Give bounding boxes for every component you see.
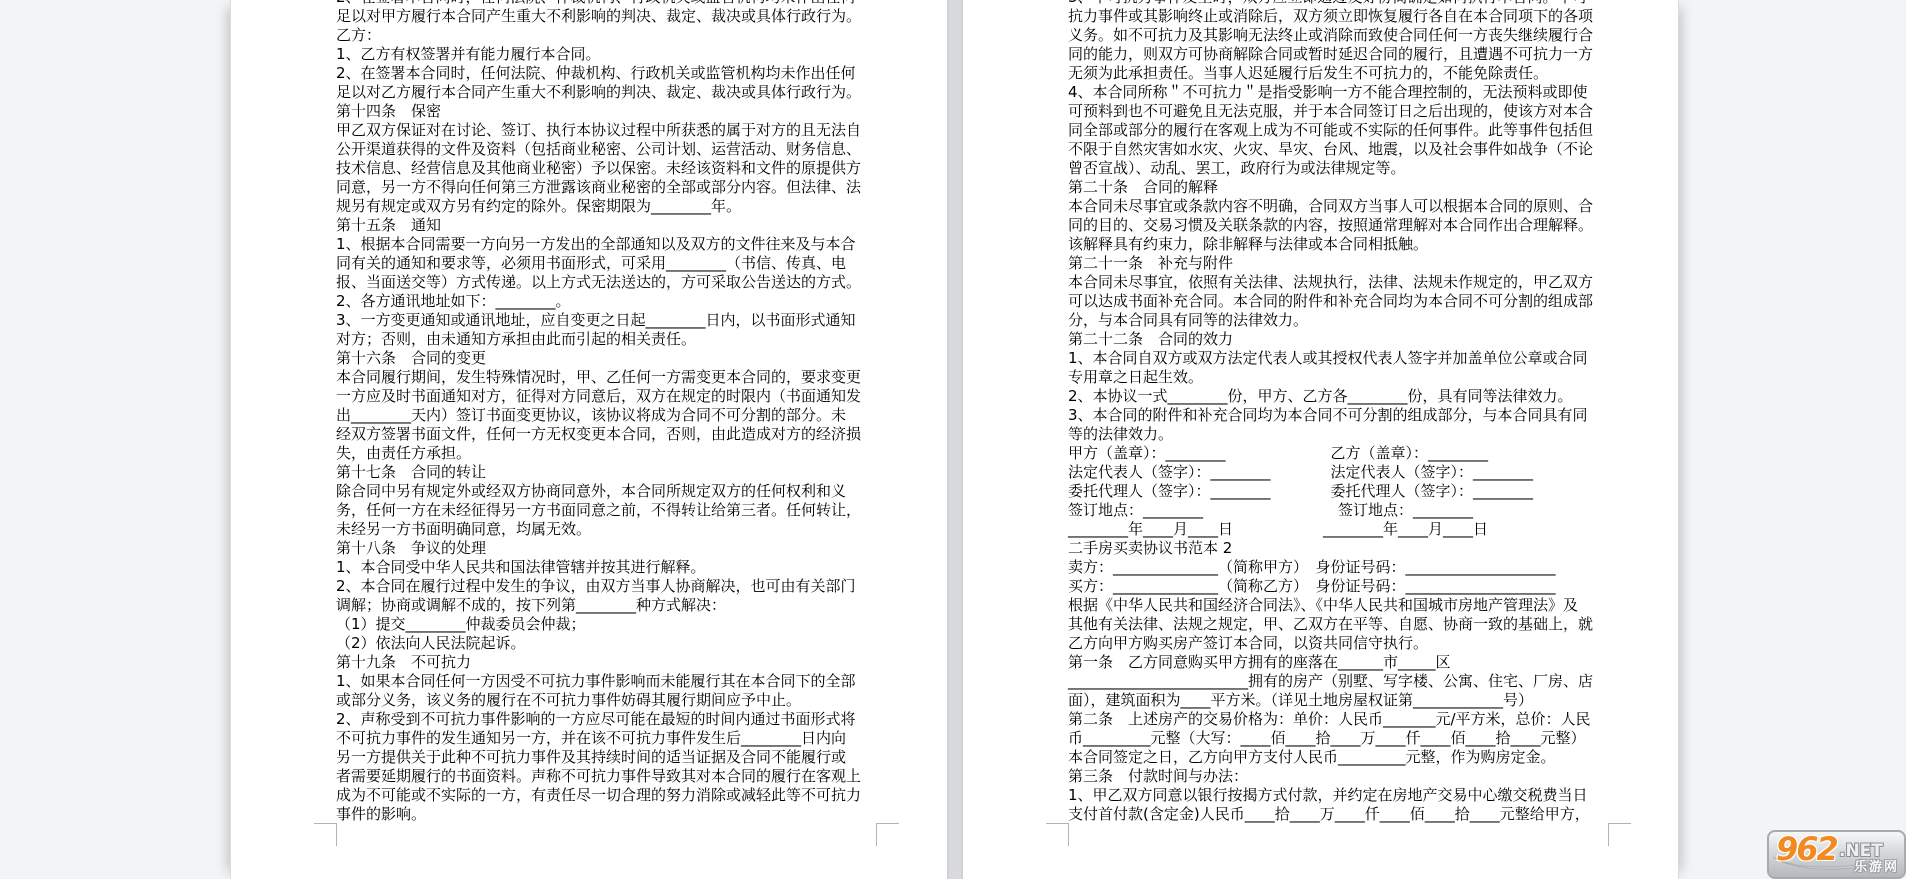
document-line: 1、根据本合同需要一方向另一方发出的全部通知以及双方的文件往来及与本合 xyxy=(336,235,911,254)
document-line: 无须为此承担责任。当事人迟延履行后发生不可抗力的，不能免除责任。 xyxy=(1068,64,1643,83)
document-line: 第十八条 争议的处理 xyxy=(336,539,911,558)
document-line: 同有关的通知和要求等，必须用书面形式，可采用________（书信、传真、电 xyxy=(336,254,911,273)
document-line: 同的目的、交易习惯及关联条款的内容，按照通常理解对本合同作出合理解释。 xyxy=(1068,216,1643,235)
document-line: 乙方向甲方购买房产签订本合同，以资共同信守执行。 xyxy=(1068,634,1643,653)
document-line: 3、不可抗力事件发生时，双方应立即通过友好协商确定如何执行本合同。不可 xyxy=(1068,0,1643,7)
document-line: 2、在签署本合同时，任何法院、仲裁机构、行政机关或监管机构均未作出任何 xyxy=(336,0,911,7)
document-line: 公开渠道获得的文件及资料（包括商业秘密、公司计划、运营活动、财务信息、 xyxy=(336,140,911,159)
document-line: 买方：______________（简称乙方） 身份证号码：__________… xyxy=(1068,577,1643,596)
document-line: 该解释具有约束力，除非解释与法律或本合同相抵触。 xyxy=(1068,235,1643,254)
document-line: 对方；否则，由未通知方承担由此而引起的相关责任。 xyxy=(336,330,911,349)
document-line: 委托代理人（签字）：________ 委托代理人（签字）：________ xyxy=(1068,482,1643,501)
document-line: 第二条 上述房产的交易价格为：单价：人民币_______元/平方米，总价：人民 xyxy=(1068,710,1643,729)
document-line: 第十六条 合同的变更 xyxy=(336,349,911,368)
document-line: 同意，另一方不得向任何第三方泄露该商业秘密的全部或部分内容。但法律、法 xyxy=(336,178,911,197)
document-line: 务，任何一方在未经征得另一方书面同意之前，不得转让给第三者。任何转让， xyxy=(336,501,911,520)
document-line: 出________天内）签订书面变更协议，该协议将成为合同不可分割的部分。未 xyxy=(336,406,911,425)
document-line: 其他有关法律、法规之规定，甲、乙双方在平等、自愿、协商一致的基础上，就 xyxy=(1068,615,1643,634)
document-line: （1）提交________仲裁委员会仲裁； xyxy=(336,615,911,634)
document-line: 3、一方变更通知或通讯地址，应自变更之日起________日内，以书面形式通知 xyxy=(336,311,911,330)
page-1-text[interactable]: 2、在签署本合同时，任何法院、仲裁机构、行政机关或监管机构均未作出任何足以对甲方… xyxy=(336,0,911,824)
document-line: 或部分义务，该义务的履行在不可抗力事件妨碍其履行期间应予中止。 xyxy=(336,691,911,710)
document-line: 成为不可能或不实际的一方，有责任尽一切合理的努力消除或减轻此等不可抗力 xyxy=(336,786,911,805)
text-boundary-mark-bottom-left xyxy=(1046,823,1069,846)
document-line: 1、本合同自双方或双方法定代表人或其授权代表人签字并加盖单位公章或合同 xyxy=(1068,349,1643,368)
document-line: 专用章之日起生效。 xyxy=(1068,368,1643,387)
document-line: 技术信息、经营信息及其他商业秘密）予以保密。未经该资料和文件的原提供方 xyxy=(336,159,911,178)
document-line: 根据《中华人民共和国经济合同法》、《中华人民共和国城市房地产管理法》及 xyxy=(1068,596,1643,615)
document-line: 面），建筑面积为____平方米。（详见土地房屋权证第____________号） xyxy=(1068,691,1643,710)
document-line: 等的法律效力。 xyxy=(1068,425,1643,444)
document-line: 1、甲乙双方同意以银行按揭方式付款，并约定在房地产交易中心缴交税费当日 xyxy=(1068,786,1643,805)
document-line: 规另有规定或双方另有约定的除外。保密期限为________年。 xyxy=(336,197,911,216)
text-boundary-mark-bottom-right xyxy=(1608,823,1631,846)
document-line: 第一条 乙方同意购买甲方拥有的座落在______市_____区 xyxy=(1068,653,1643,672)
document-line: 足以对乙方履行本合同产生重大不利影响的判决、裁定、裁决或具体行政行为。 xyxy=(336,83,911,102)
document-line: 1、本合同受中华人民共和国法律管辖并按其进行解释。 xyxy=(336,558,911,577)
document-line: 一方应及时书面通知对方，征得对方同意后，双方在规定的时限内（书面通知发 xyxy=(336,387,911,406)
document-line: 调解；协商或调解不成的，按下列第________种方式解决： xyxy=(336,596,911,615)
document-line: 失，由责任方承担。 xyxy=(336,444,911,463)
document-line: 报、当面送交等）方式传递。以上方式无法送达的，方可采取公告送达的方式。 xyxy=(336,273,911,292)
document-line: 者需要延期履行的书面资料。声称不可抗力事件导致其对本合同的履行在客观上 xyxy=(336,767,911,786)
document-line: 2、各方通讯地址如下：________。 xyxy=(336,292,911,311)
document-line: 第二十二条 合同的效力 xyxy=(1068,330,1643,349)
text-boundary-mark-bottom-left xyxy=(314,823,337,846)
document-line: ________________________拥有的房产（别墅、写字楼、公寓、… xyxy=(1068,672,1643,691)
page-2-text[interactable]: 3、不可抗力事件发生时，双方应立即通过友好协商确定如何执行本合同。不可抗力事件或… xyxy=(1068,0,1643,824)
document-line: 卖方：______________（简称甲方） 身份证号码：__________… xyxy=(1068,558,1643,577)
document-line: 本合同签定之日，乙方向甲方支付人民币_________元整，作为购房定金。 xyxy=(1068,748,1643,767)
document-line: 2、声称受到不可抗力事件影响的一方应尽可能在最短的时间内通过书面形式将 xyxy=(336,710,911,729)
document-viewer: 2、在签署本合同时，任何法院、仲裁机构、行政机关或监管机构均未作出任何足以对甲方… xyxy=(0,0,1906,879)
document-line: 事件的影响。 xyxy=(336,805,911,824)
document-line: 支付首付款(含定金)人民币____拾____万____仟____佰____拾__… xyxy=(1068,805,1643,824)
document-line: 甲方（盖章）：________ 乙方（盖章）：________ xyxy=(1068,444,1643,463)
document-line: 同全部或部分的履行在客观上成为不可能或不实际的任何事件。此等事件包括但 xyxy=(1068,121,1643,140)
document-line: 第十四条 保密 xyxy=(336,102,911,121)
document-line: 抗力事件或其影响终止或消除后，双方须立即恢复履行各自在本合同项下的各项 xyxy=(1068,7,1643,26)
document-line: 2、本合同在履行过程中发生的争议，由双方当事人协商解决，也可由有关部门 xyxy=(336,577,911,596)
document-line: 法定代表人（签字）：________ 法定代表人（签字）：________ xyxy=(1068,463,1643,482)
text-boundary-mark-bottom-right xyxy=(876,823,899,846)
document-line: 曾否宣战）、动乱、罢工，政府行为或法律规定等。 xyxy=(1068,159,1643,178)
document-line: 签订地点：________ 签订地点：________ xyxy=(1068,501,1643,520)
watermark-tagline-text: 乐游网 xyxy=(1854,856,1899,875)
document-line: 除合同中另有规定外或经双方协商同意外，本合同所规定双方的任何权利和义 xyxy=(336,482,911,501)
document-line: 4、本合同所称＂不可抗力＂是指受影响一方不能合理控制的，无法预料或即使 xyxy=(1068,83,1643,102)
document-line: 不可抗力事件的发生通知另一方，并在该不可抗力事件发生后________日内向 xyxy=(336,729,911,748)
document-line: 足以对甲方履行本合同产生重大不利影响的判决、裁定、裁决或具体行政行为。 xyxy=(336,7,911,26)
document-line: 二手房买卖协议书范本 2 xyxy=(1068,539,1643,558)
document-line: 第十七条 合同的转让 xyxy=(336,463,911,482)
watermark-logo: 962 .NET 乐游网 xyxy=(1767,830,1906,879)
document-line: ________年____月____日 ________年____月____日 xyxy=(1068,520,1643,539)
page-gap xyxy=(946,0,963,879)
document-line: 可以达成书面补充合同。本合同的附件和补充合同均为本合同不可分割的组成部 xyxy=(1068,292,1643,311)
document-line: 第十五条 通知 xyxy=(336,216,911,235)
document-line: 分，与本合同具有同等的法律效力。 xyxy=(1068,311,1643,330)
document-line: 本合同未尽事宜或条款内容不明确，合同双方当事人可以根据本合同的原则、合 xyxy=(1068,197,1643,216)
page-2[interactable]: 3、不可抗力事件发生时，双方应立即通过友好协商确定如何执行本合同。不可抗力事件或… xyxy=(963,0,1679,879)
document-line: 可预料到也不可避免且无法克服，并于本合同签订日之后出现的，使该方对本合 xyxy=(1068,102,1643,121)
page-1[interactable]: 2、在签署本合同时，任何法院、仲裁机构、行政机关或监管机构均未作出任何足以对甲方… xyxy=(230,0,947,879)
document-line: （2）依法向人民法院起诉。 xyxy=(336,634,911,653)
document-line: 未经另一方书面明确同意，均属无效。 xyxy=(336,520,911,539)
document-line: 义务。如不可抗力及其影响无法终止或消除而致使合同任何一方丧失继续履行合 xyxy=(1068,26,1643,45)
document-line: 乙方： xyxy=(336,26,911,45)
document-line: 另一方提供关于此种不可抗力事件及其持续时间的适当证据及合同不能履行或 xyxy=(336,748,911,767)
document-line: 2、在签署本合同时，任何法院、仲裁机构、行政机关或监管机构均未作出任何 xyxy=(336,64,911,83)
document-line: 1、如果本合同任何一方因受不可抗力事件影响而未能履行其在本合同下的全部 xyxy=(336,672,911,691)
document-line: 本合同履行期间，发生特殊情况时，甲、乙任何一方需变更本合同的，要求变更 xyxy=(336,368,911,387)
document-line: 2、本协议一式________份，甲方、乙方各________份，具有同等法律效… xyxy=(1068,387,1643,406)
document-line: 第二十条 合同的解释 xyxy=(1068,178,1643,197)
document-line: 3、本合同的附件和补充合同均为本合同不可分割的组成部分，与本合同具有同 xyxy=(1068,406,1643,425)
document-line: 同的能力，则双方可协商解除合同或暂时延迟合同的履行，且遭遇不可抗力一方 xyxy=(1068,45,1643,64)
document-line: 第三条 付款时间与办法： xyxy=(1068,767,1643,786)
document-line: 第二十一条 补充与附件 xyxy=(1068,254,1643,273)
document-line: 经双方签署书面文件，任何一方无权变更本合同，否则，由此造成对方的经济损 xyxy=(336,425,911,444)
document-line: 币_________元整（大写：____佰____拾____万____仟____… xyxy=(1068,729,1643,748)
document-line: 不限于自然灾害如水灾、火灾、旱灾、台风、地震，以及社会事件如战争（不论 xyxy=(1068,140,1643,159)
document-line: 甲乙双方保证对在讨论、签订、执行本协议过程中所获悉的属于对方的且无法自 xyxy=(336,121,911,140)
document-line: 本合同未尽事宜，依照有关法律、法规执行，法律、法规未作规定的，甲乙双方 xyxy=(1068,273,1643,292)
document-line: 1、乙方有权签署并有能力履行本合同。 xyxy=(336,45,911,64)
watermark-brand-text: 962 xyxy=(1776,830,1837,868)
document-line: 第十九条 不可抗力 xyxy=(336,653,911,672)
